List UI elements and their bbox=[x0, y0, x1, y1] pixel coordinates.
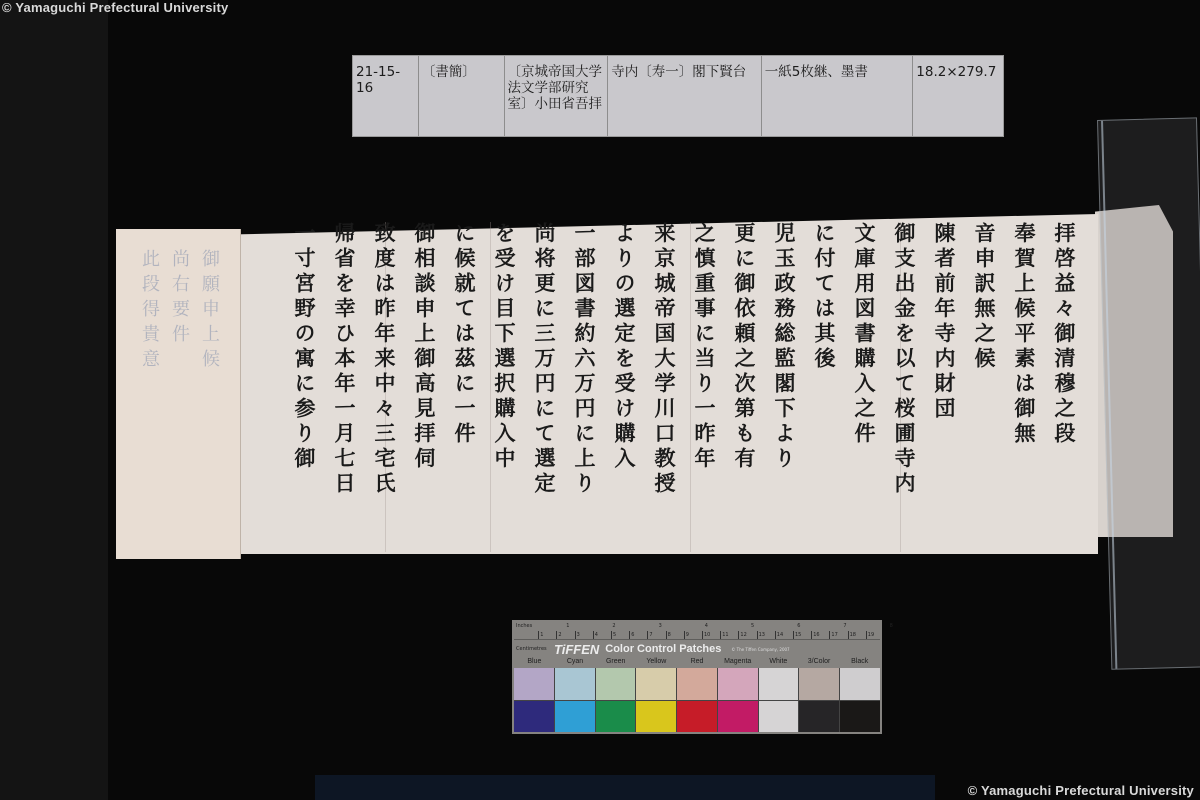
ruler-cm-number: 1 bbox=[540, 632, 543, 638]
color-patch-black-bottom bbox=[840, 701, 880, 733]
color-patch-cyan-top bbox=[555, 668, 595, 700]
ruler-cm-number: 19 bbox=[868, 632, 874, 638]
ruler-cm-number: 16 bbox=[813, 632, 819, 638]
letter-handwritten-text: 拝啓益々御清穆之段 奉賀上候平素は御無 音申訳無之候 陳者前年寺内財団 御支出金… bbox=[236, 214, 1098, 554]
label-item-number: 21-15-16 bbox=[353, 56, 419, 136]
ruler-tick bbox=[848, 631, 849, 639]
ruler-tick bbox=[702, 631, 703, 639]
ruler-inch-number: 8 bbox=[890, 623, 893, 629]
color-patch-green-bottom bbox=[596, 701, 636, 733]
text-column: 児玉政務総監閣下より bbox=[764, 221, 804, 542]
text-column: に付ては其後 bbox=[804, 221, 844, 542]
color-patch-blue-top bbox=[514, 668, 554, 700]
patch-label: Red bbox=[677, 658, 718, 668]
color-patches bbox=[514, 668, 880, 732]
ruler-tick bbox=[575, 631, 576, 639]
text-column: 一部図書約六万円に上り bbox=[564, 221, 604, 542]
ruler-cm-number: 5 bbox=[613, 632, 616, 638]
ruler-inch-number: 4 bbox=[705, 623, 708, 629]
color-patch-green-top bbox=[596, 668, 636, 700]
label-item-type: 〔書簡〕 bbox=[419, 56, 505, 136]
ruler-inch-number: 6 bbox=[797, 623, 800, 629]
chart-header: Centimetres TiFFEN Color Control Patches… bbox=[516, 642, 878, 656]
ruler-inches-label: Inches bbox=[516, 623, 532, 629]
ruler-tick bbox=[811, 631, 812, 639]
catalogue-label: 21-15-16 〔書簡〕 〔京城帝国大学法文学部研究室〕小田省吾拝 寺内〔寿一… bbox=[352, 55, 1004, 137]
ruler-tick bbox=[629, 631, 630, 639]
patch-label: Magenta bbox=[717, 658, 758, 668]
text-column: 来京城帝国大学川口教授 bbox=[644, 221, 684, 542]
ruler-cm-number: 10 bbox=[704, 632, 710, 638]
faint-bleedthrough-text: 御願申上候 bbox=[196, 249, 222, 374]
ruler-cm-number: 9 bbox=[686, 632, 689, 638]
color-patch-3-color-top bbox=[799, 668, 839, 700]
ruler-tick bbox=[738, 631, 739, 639]
patch-label: Blue bbox=[514, 658, 555, 668]
text-column: に候就ては茲に一件 bbox=[444, 221, 484, 542]
ruler-inch-number: 2 bbox=[612, 623, 615, 629]
color-patch-cyan-bottom bbox=[555, 701, 595, 733]
ruler-tick bbox=[556, 631, 557, 639]
ruler-tick bbox=[593, 631, 594, 639]
faint-bleedthrough-text: 此段得貴意 bbox=[136, 249, 162, 374]
chart-title: Color Control Patches bbox=[605, 643, 721, 655]
color-patch-yellow-top bbox=[636, 668, 676, 700]
ruler-inch-number: 1 bbox=[566, 623, 569, 629]
ruler-cm-number: 17 bbox=[831, 632, 837, 638]
color-patch-yellow-bottom bbox=[636, 701, 676, 733]
text-column: 文庫用図書購入之件 bbox=[844, 221, 884, 542]
ruler-cm-number: 3 bbox=[577, 632, 580, 638]
ruler-cm-number: 2 bbox=[558, 632, 561, 638]
ruler-cm-number: 4 bbox=[595, 632, 598, 638]
patch-label: Green bbox=[595, 658, 636, 668]
text-column: 奉賀上候平素は御無 bbox=[1004, 221, 1044, 542]
color-patch-magenta-bottom bbox=[718, 701, 758, 733]
ruler-tick bbox=[866, 631, 867, 639]
text-column: 一寸宮野の寓に参り御 bbox=[284, 221, 324, 542]
patch-label: White bbox=[758, 658, 799, 668]
acrylic-weight-bar bbox=[1097, 117, 1200, 669]
text-column: 更に御依頼之次第も有 bbox=[724, 221, 764, 542]
text-column: 之慎重事に当り一昨年 bbox=[684, 221, 724, 542]
text-column: 致度は昨年来中々三宅氏 bbox=[364, 221, 404, 542]
faint-bleedthrough-text: 尚右要件 bbox=[166, 249, 192, 349]
letter-folded-flap: 御願申上候 尚右要件 此段得貴意 bbox=[116, 229, 240, 559]
ruler-inch-number: 3 bbox=[659, 623, 662, 629]
copyright-watermark-bottom: © Yamaguchi Prefectural University bbox=[968, 783, 1194, 798]
ruler-tick bbox=[611, 631, 612, 639]
copyright-watermark-top: © Yamaguchi Prefectural University bbox=[2, 0, 228, 15]
patch-label: Black bbox=[839, 658, 880, 668]
patch-label: 3/Color bbox=[799, 658, 840, 668]
ruler-tick bbox=[720, 631, 721, 639]
text-column: を受け目下選択購入中 bbox=[484, 221, 524, 542]
ruler-tick bbox=[775, 631, 776, 639]
text-column: 御相談申上御高見拝伺 bbox=[404, 221, 444, 542]
color-patch-black-top bbox=[840, 668, 880, 700]
ruler-cm-number: 15 bbox=[795, 632, 801, 638]
color-patch-3-color-bottom bbox=[799, 701, 839, 733]
text-column: よりの選定を受け購入 bbox=[604, 221, 644, 542]
patch-label: Yellow bbox=[636, 658, 677, 668]
ruler-inch-number: 7 bbox=[843, 623, 846, 629]
ruler-cm-number: 12 bbox=[740, 632, 746, 638]
text-column: 音申訳無之候 bbox=[964, 221, 1004, 542]
backdrop-bottom-strip bbox=[315, 775, 935, 800]
label-format: 一紙5枚継、墨書 bbox=[762, 56, 914, 136]
color-control-chart: Inches 123456789101112131415161718191234… bbox=[512, 620, 882, 734]
label-dimensions: 18.2×279.7 bbox=[913, 56, 1003, 136]
tiffen-logo: TiFFEN bbox=[554, 642, 599, 657]
ruler-cm-number: 14 bbox=[777, 632, 783, 638]
ruler-tick bbox=[684, 631, 685, 639]
ruler-inch-number: 5 bbox=[751, 623, 754, 629]
text-column: 陳者前年寺内財団 bbox=[924, 221, 964, 542]
backdrop-left-panel bbox=[0, 0, 108, 800]
label-recipient: 寺内〔寿一〕閣下賢台 bbox=[608, 56, 762, 136]
color-patch-blue-bottom bbox=[514, 701, 554, 733]
color-patch-red-top bbox=[677, 668, 717, 700]
ruler-tick bbox=[829, 631, 830, 639]
measurement-ruler: Inches 123456789101112131415161718191234… bbox=[514, 622, 880, 640]
patch-label: Cyan bbox=[555, 658, 596, 668]
label-sender: 〔京城帝国大学法文学部研究室〕小田省吾拝 bbox=[505, 56, 609, 136]
ruler-cm-number: 11 bbox=[722, 632, 728, 638]
text-column: 帰省を幸ひ本年一月七日 bbox=[324, 221, 364, 542]
color-patch-white-top bbox=[759, 668, 799, 700]
ruler-tick bbox=[647, 631, 648, 639]
text-column: 御支出金を以て桜圃寺内 bbox=[884, 221, 924, 542]
color-patch-red-bottom bbox=[677, 701, 717, 733]
ruler-cm-number: 7 bbox=[649, 632, 652, 638]
ruler-cm-number: 13 bbox=[759, 632, 765, 638]
ruler-cm-number: 6 bbox=[631, 632, 634, 638]
color-patch-magenta-top bbox=[718, 668, 758, 700]
ruler-tick bbox=[538, 631, 539, 639]
text-column: 拝啓益々御清穆之段 bbox=[1044, 221, 1084, 542]
ruler-tick bbox=[793, 631, 794, 639]
patch-labels: BlueCyanGreenYellowRedMagentaWhite3/Colo… bbox=[514, 658, 880, 668]
ruler-tick bbox=[666, 631, 667, 639]
color-patch-white-bottom bbox=[759, 701, 799, 733]
text-column: 尚将更に三万円にて選定 bbox=[524, 221, 564, 542]
chart-copyright: © The Tiffen Company, 2007 bbox=[731, 647, 789, 652]
ruler-cm-number: 18 bbox=[850, 632, 856, 638]
ruler-tick bbox=[757, 631, 758, 639]
ruler-cm-number: 8 bbox=[668, 632, 671, 638]
ruler-cm-label: Centimetres bbox=[516, 646, 554, 652]
